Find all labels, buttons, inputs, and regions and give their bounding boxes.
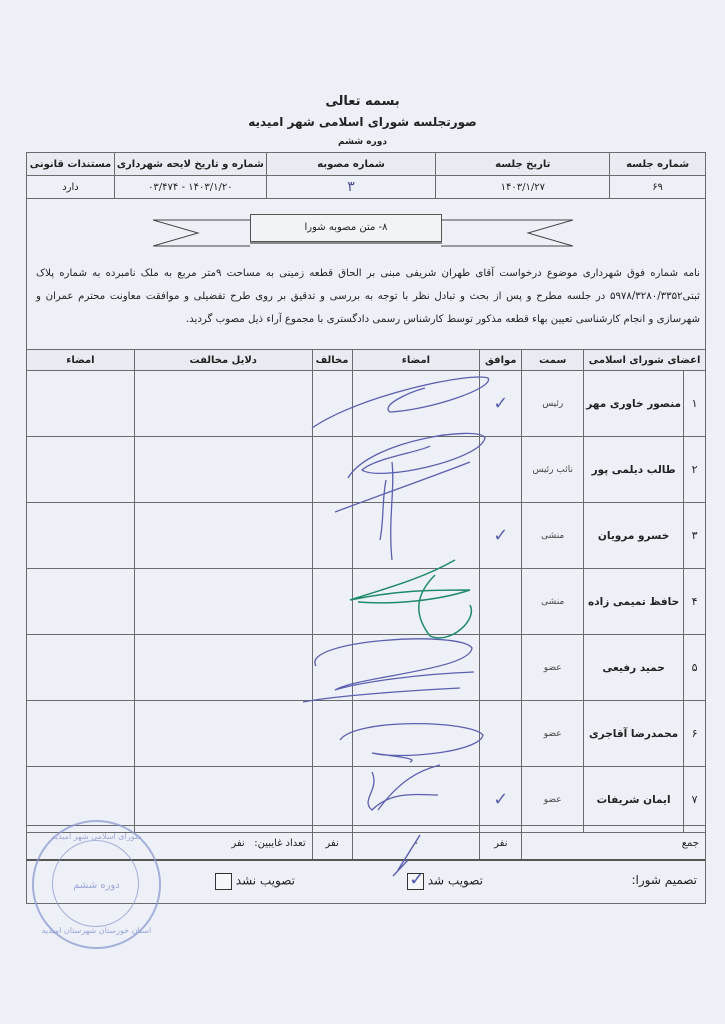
document-title: صورتجلسه شورای اسلامی شهر امیدیه <box>0 115 725 129</box>
resolution-text: نامه شماره فوق شهرداری موضوع درخواست آقا… <box>36 262 700 331</box>
absent-label: تعداد غایبین: <box>254 838 305 849</box>
member-role: منشی <box>522 569 584 635</box>
council-stamp: شورای اسلامی شهر امیدیه دوره ششم استان خ… <box>32 820 161 949</box>
row-number: ۱ <box>684 371 706 437</box>
meta-header-session-date: تاریخ جلسه <box>436 153 610 176</box>
agree-check: ✓ <box>480 371 522 437</box>
bill-number-date: ۱۴۰۳/۱/۲۰ - ۰۳/۴۷۴ <box>114 176 266 199</box>
signature-2-cell <box>27 569 135 635</box>
signature-2-cell <box>27 371 135 437</box>
table-row: ۱ منصور خاوری مهر رئیس ✓ <box>27 371 706 437</box>
oppose-cell <box>312 503 352 569</box>
row-number: ۴ <box>684 569 706 635</box>
legal-documents: دارد <box>27 176 115 199</box>
reasons-cell <box>134 503 312 569</box>
member-name: ایمان شریفات <box>584 767 684 833</box>
approved-option[interactable]: تصویب شد <box>403 873 483 890</box>
signature-cell <box>352 767 480 833</box>
approved-checkbox[interactable] <box>407 873 424 890</box>
member-role: رئیس <box>522 371 584 437</box>
agree-check <box>480 437 522 503</box>
header-member: اعضای شورای اسلامی <box>584 350 706 371</box>
meta-header-resolution-number: شماره مصوبه <box>266 153 436 176</box>
row-number: ۷ <box>684 767 706 833</box>
header-agree: موافق <box>480 350 522 371</box>
signature-cell <box>352 635 480 701</box>
dash-value: - <box>352 826 480 861</box>
absent-unit: نفر <box>231 838 244 849</box>
oppose-cell <box>312 635 352 701</box>
member-role: عضو <box>522 635 584 701</box>
rejected-option[interactable]: تصویب نشد <box>211 873 295 890</box>
meta-header-legal-documents: مستندات قانونی <box>27 153 115 176</box>
signature-cell <box>352 437 480 503</box>
table-row: ۴ حافظ تمیمی زاده منشی <box>27 569 706 635</box>
member-name: حافظ تمیمی زاده <box>584 569 684 635</box>
reasons-cell <box>134 371 312 437</box>
approved-label: تصویب شد <box>428 874 483 888</box>
invocation-heading: بسمه تعالی <box>0 94 725 109</box>
row-number: ۵ <box>684 635 706 701</box>
signature-2-cell <box>27 437 135 503</box>
totals-label: جمع <box>522 826 706 861</box>
rejected-label: تصویب نشد <box>236 874 295 888</box>
agree-count-unit: نفر <box>480 826 522 861</box>
session-date: ۱۴۰۳/۱/۲۷ <box>436 176 610 199</box>
member-role: نائب رئیس <box>522 437 584 503</box>
member-name: منصور خاوری مهر <box>584 371 684 437</box>
meta-header-session-number: شماره جلسه <box>610 153 706 176</box>
signature-cell <box>352 701 480 767</box>
signature-cell <box>352 503 480 569</box>
agree-check <box>480 701 522 767</box>
oppose-count-unit: نفر <box>312 826 352 861</box>
header-reasons: دلایل مخالفت <box>134 350 312 371</box>
reasons-cell <box>134 767 312 833</box>
agree-check: ✓ <box>480 767 522 833</box>
members-table: اعضای شورای اسلامی سمت موافق امضاء مخالف… <box>26 349 706 833</box>
member-name: خسرو مرویان <box>584 503 684 569</box>
stamp-bottom-text: استان خوزستان شهرستان امیدیه <box>34 926 159 935</box>
signature-2-cell <box>27 503 135 569</box>
row-number: ۶ <box>684 701 706 767</box>
header-signature: امضاء <box>352 350 480 371</box>
member-name: محمدرضا آقاجری <box>584 701 684 767</box>
rejected-checkbox[interactable] <box>215 873 232 890</box>
row-number: ۲ <box>684 437 706 503</box>
reasons-cell <box>134 701 312 767</box>
header-role: سمت <box>522 350 584 371</box>
member-role: منشی <box>522 503 584 569</box>
reasons-cell <box>134 437 312 503</box>
oppose-cell <box>312 767 352 833</box>
member-name: طالب دیلمی پور <box>584 437 684 503</box>
reasons-cell <box>134 635 312 701</box>
row-number: ۳ <box>684 503 706 569</box>
resolution-number: ۳ <box>266 176 436 199</box>
signature-2-cell <box>27 701 135 767</box>
section-title: ۸- متن مصوبه شورا <box>250 214 442 242</box>
stamp-middle-text: دوره ششم <box>34 880 159 891</box>
table-row: ۲ طالب دیلمی پور نائب رئیس <box>27 437 706 503</box>
reasons-cell <box>134 569 312 635</box>
table-row: ۵ حمید رفیعی عضو <box>27 635 706 701</box>
member-role: عضو <box>522 701 584 767</box>
signature-2-cell <box>27 635 135 701</box>
oppose-cell <box>312 701 352 767</box>
meta-header-bill-number-date: شماره و تاریخ لایحه شهرداری <box>114 153 266 176</box>
table-row: ۳ خسرو مرویان منشی ✓ <box>27 503 706 569</box>
header-oppose: مخالف <box>312 350 352 371</box>
decision-label: تصمیم شورا: <box>631 873 697 887</box>
meta-table: شماره جلسه تاریخ جلسه شماره مصوبه شماره … <box>26 152 706 199</box>
table-row: ۷ ایمان شریفات عضو ✓ <box>27 767 706 833</box>
member-role: عضو <box>522 767 584 833</box>
session-number: ۶۹ <box>610 176 706 199</box>
agree-check <box>480 635 522 701</box>
signature-cell <box>352 569 480 635</box>
oppose-cell <box>312 437 352 503</box>
section-banner: ۸- متن مصوبه شورا <box>153 212 573 252</box>
oppose-cell <box>312 371 352 437</box>
agree-check: ✓ <box>480 503 522 569</box>
oppose-cell <box>312 569 352 635</box>
header-signature-2: امضاء <box>27 350 135 371</box>
term-label: دوره ششم <box>0 137 725 147</box>
member-name: حمید رفیعی <box>584 635 684 701</box>
table-row: ۶ محمدرضا آقاجری عضو <box>27 701 706 767</box>
signature-cell <box>352 371 480 437</box>
agree-check <box>480 569 522 635</box>
